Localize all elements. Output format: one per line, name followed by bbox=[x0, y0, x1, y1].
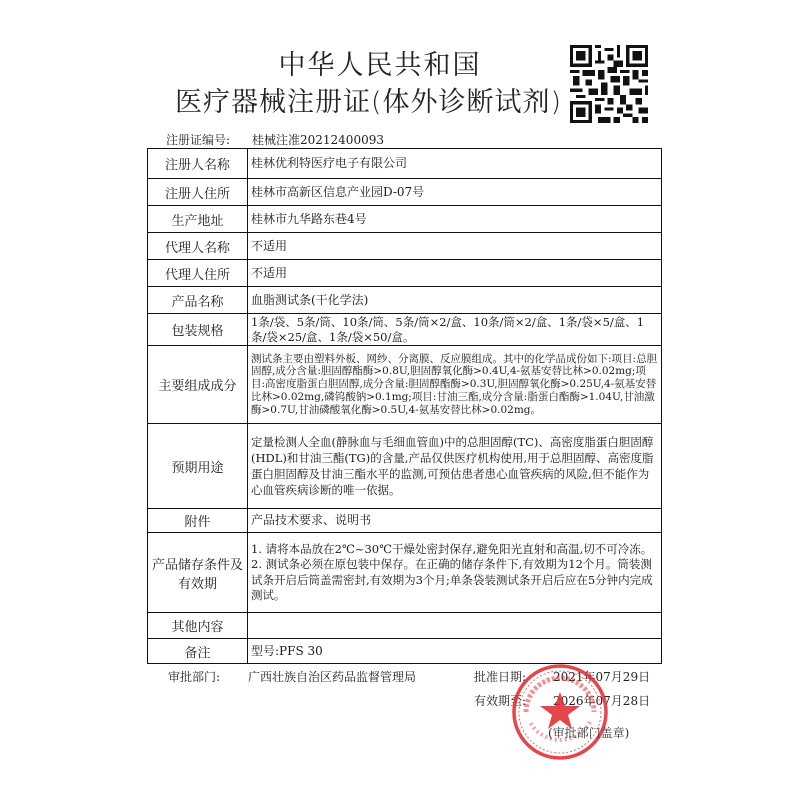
row-label: 预期用途 bbox=[148, 424, 248, 509]
storage-line-1: 1. 请将本品放在2℃~30℃干燥处密封保存,避免阳光直射和高温,切不可冷冻。 bbox=[251, 542, 658, 558]
row-label: 代理人住所 bbox=[148, 260, 248, 287]
storage-line-2: 2. 测试条必须在原包装中保存。在正确的储存条件下,有效期为12个月。筒装测试条… bbox=[251, 557, 658, 604]
document-title-line2: 医疗器械注册证(体外诊断试剂) bbox=[175, 80, 575, 119]
certificate-number-value: 桂械注准20212400093 bbox=[252, 133, 384, 147]
row-value: 不适用 bbox=[248, 233, 662, 260]
row-value: 1. 请将本品放在2℃~30℃干燥处密封保存,避免阳光直射和高温,切不可冷冻。 … bbox=[248, 533, 662, 613]
row-value: 产品技术要求、说明书 bbox=[248, 509, 662, 533]
row-value: 1条/袋、5条/筒、10条/筒、5条/筒×2/盒、10条/筒×2/盒、1条/袋×… bbox=[248, 314, 662, 346]
official-seal-icon bbox=[510, 662, 610, 762]
row-label: 其他内容 bbox=[148, 613, 248, 639]
table-row: 代理人名称 不适用 bbox=[148, 233, 662, 260]
table-row: 包装规格 1条/袋、5条/筒、10条/筒、5条/筒×2/盒、10条/筒×2/盒、… bbox=[148, 314, 662, 346]
table-row: 产品储存条件及有效期 1. 请将本品放在2℃~30℃干燥处密封保存,避免阳光直射… bbox=[148, 533, 662, 613]
row-value: 测试条主要由塑料外板、网纱、分离膜、反应膜组成。其中的化学品成份如下:项目:总胆… bbox=[248, 346, 662, 424]
table-row: 生产地址 桂林市九华路东巷4号 bbox=[148, 206, 662, 233]
table-row: 预期用途 定量检测人全血(静脉血与毛细血管血)中的总胆固醇(TC)、高密度脂蛋白… bbox=[148, 424, 662, 509]
approval-department-label: 审批部门: bbox=[168, 668, 220, 685]
row-label: 生产地址 bbox=[148, 206, 248, 233]
row-label: 注册人名称 bbox=[148, 149, 248, 179]
row-value: 桂林优利特医疗电子有限公司 bbox=[248, 149, 662, 179]
row-value: 型号:PFS 30 bbox=[248, 639, 662, 664]
row-value: 桂林市九华路东巷4号 bbox=[248, 206, 662, 233]
table-row: 其他内容 bbox=[148, 613, 662, 639]
row-value: 桂林市高新区信息产业园D-07号 bbox=[248, 179, 662, 206]
row-label: 注册人住所 bbox=[148, 179, 248, 206]
row-label: 产品储存条件及有效期 bbox=[148, 533, 248, 613]
row-label: 包装规格 bbox=[148, 314, 248, 346]
table-row: 注册人名称 桂林优利特医疗电子有限公司 bbox=[148, 149, 662, 179]
certificate-number-label: 注册证编号: bbox=[166, 131, 252, 148]
row-value bbox=[248, 613, 662, 639]
registration-table: 注册人名称 桂林优利特医疗电子有限公司 注册人住所 桂林市高新区信息产业园D-0… bbox=[147, 148, 662, 664]
certificate-number: 注册证编号:桂械注准20212400093 bbox=[166, 131, 384, 148]
row-label: 附件 bbox=[148, 509, 248, 533]
table-row: 附件 产品技术要求、说明书 bbox=[148, 509, 662, 533]
row-value: 定量检测人全血(静脉血与毛细血管血)中的总胆固醇(TC)、高密度脂蛋白胆固醇(H… bbox=[248, 424, 662, 509]
row-label: 主要组成成分 bbox=[148, 346, 248, 424]
table-row: 代理人住所 不适用 bbox=[148, 260, 662, 287]
table-row: 主要组成成分 测试条主要由塑料外板、网纱、分离膜、反应膜组成。其中的化学品成份如… bbox=[148, 346, 662, 424]
row-label: 备注 bbox=[148, 639, 248, 664]
seal-caption: (审批部门盖章) bbox=[548, 724, 629, 741]
table-row: 注册人住所 桂林市高新区信息产业园D-07号 bbox=[148, 179, 662, 206]
approval-department-value: 广西壮族自治区药品监督管理局 bbox=[248, 668, 416, 685]
row-value: 不适用 bbox=[248, 260, 662, 287]
table-row: 产品名称 血脂测试条(干化学法) bbox=[148, 287, 662, 314]
row-value: 血脂测试条(干化学法) bbox=[248, 287, 662, 314]
table-row: 备注 型号:PFS 30 bbox=[148, 639, 662, 664]
row-label: 代理人名称 bbox=[148, 233, 248, 260]
row-label: 产品名称 bbox=[148, 287, 248, 314]
qr-code-icon bbox=[568, 45, 650, 123]
